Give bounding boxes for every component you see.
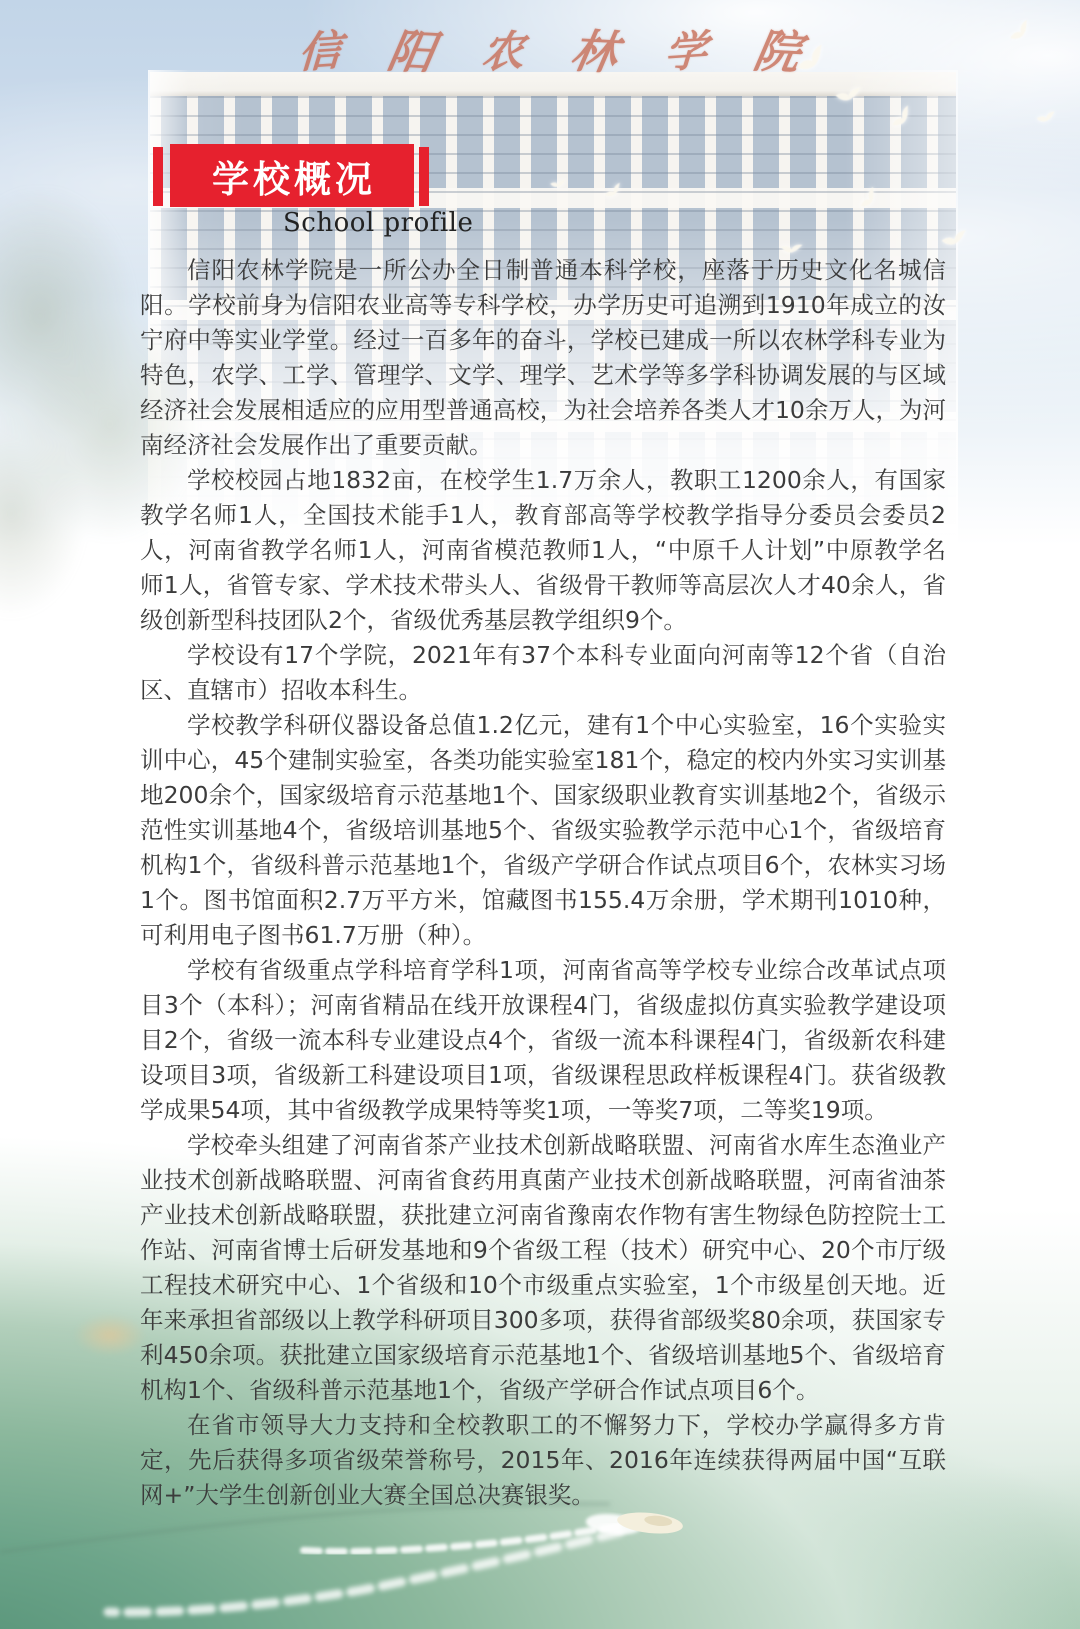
- paragraph-campus-faculty: 学校校园占地1832亩，在校学生1.7万余人，教职工1200余人，有国家教学名师…: [140, 463, 946, 638]
- paragraph-disciplines: 学校有省级重点学科培育学科1项，河南省高等学校专业综合改革试点项目3个（本科）；…: [140, 953, 946, 1128]
- rooftop-sign-char: 学: [664, 16, 710, 80]
- body-text: 信阳农林学院是一所公办全日制普通本科学校，座落于历史文化名城信阳。学校前身为信阳…: [140, 253, 946, 1513]
- dove-icon: [601, 181, 626, 206]
- rooftop-sign-char: 林: [566, 14, 623, 83]
- section-title: 学校概况: [208, 149, 376, 203]
- dove-icon: [1032, 106, 1057, 131]
- paragraph-honors: 在省市领导大力支持和全校教职工的不懈努力下，学校办学赢得多方肯定，先后获得多项省…: [140, 1408, 946, 1513]
- rooftop-sign-char: 农: [480, 16, 526, 80]
- paragraph-facilities: 学校教学科研仪器设备总值1.2亿元，建有1个中心实验室，16个实验实训中心，45…: [140, 708, 946, 953]
- banner-right-bar: [419, 147, 429, 206]
- paragraph-research: 学校牵头组建了河南省茶产业技术创新战略联盟、河南省水库生态渔业产业技术创新战略联…: [140, 1128, 946, 1408]
- rooftop-sign-char: 信: [297, 16, 343, 80]
- rooftop-calligraphy-sign: 信 阳 农 林 学 院: [294, 16, 804, 80]
- school-profile-page: 信 阳 农 林 学 院 学校概况 School profile: [0, 0, 1080, 1629]
- section-subtitle-en: School profile: [283, 208, 473, 238]
- dove-icon: [788, 40, 833, 85]
- paragraph-intro: 信阳农林学院是一所公办全日制普通本科学校，座落于历史文化名城信阳。学校前身为信阳…: [140, 253, 946, 463]
- section-banner: 学校概况: [170, 144, 414, 207]
- banner-left-bar: [153, 147, 163, 206]
- paragraph-colleges: 学校设有17个学院，2021年有37个本科专业面向河南等12个省（自治区、直辖市…: [140, 638, 946, 708]
- wake-trail-lower: [108, 1532, 620, 1612]
- rooftop-sign-char: 阳: [383, 14, 440, 83]
